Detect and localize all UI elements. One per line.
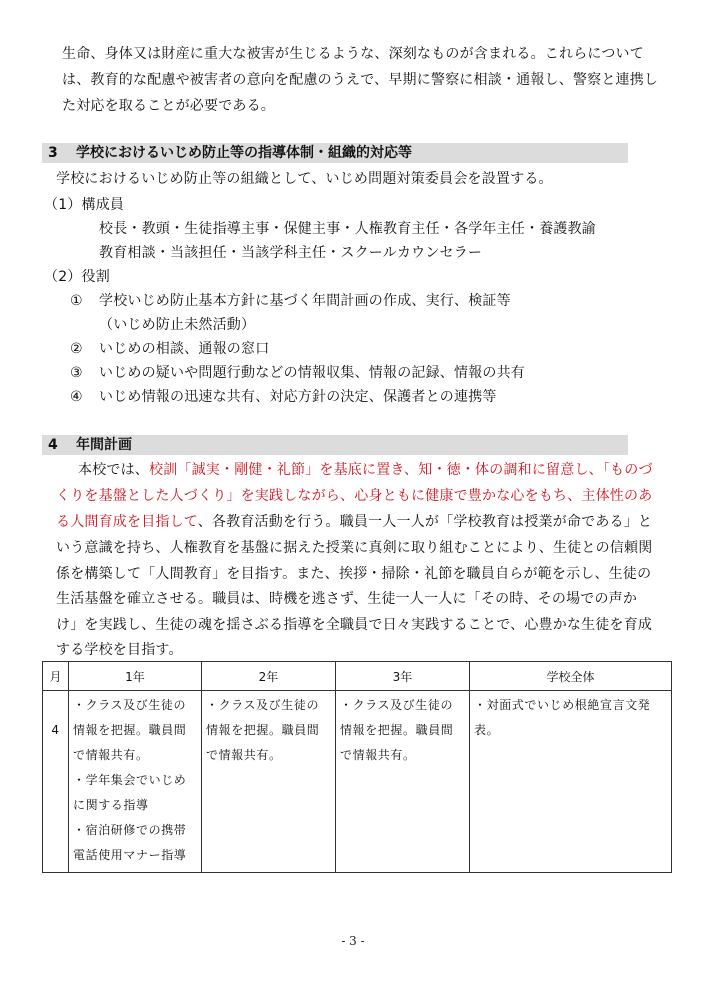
role-subtext-1: （いじめ防止未然活動） [99, 315, 255, 335]
role-text-4: いじめ情報の迅速な共有、対応方針の決定、保護者との連携等 [99, 387, 497, 407]
header-month: 月 [43, 662, 69, 691]
grade-1-item-1: ・クラス及び生徒の情報を把握。職員間で情報共有。 [73, 693, 197, 768]
whole-school-cell: ・対面式でいじめ根絶宣言文発表。 [470, 691, 672, 873]
header-whole-school: 学校全体 [470, 662, 672, 691]
section-4-number: 4 [42, 435, 76, 455]
table-row: 4 ・クラス及び生徒の情報を把握。職員間で情報共有。 ・学年集会でいじめに関する… [43, 691, 672, 873]
annual-plan-table: 月 1年 2年 3年 学校全体 4 ・クラス及び生徒の情報を把握。職員間で情報共… [42, 661, 672, 873]
page-number: - 3 - [0, 934, 706, 948]
grade-1-cell: ・クラス及び生徒の情報を把握。職員間で情報共有。 ・学年集会でいじめに関する指導… [69, 691, 202, 873]
grade-3-cell: ・クラス及び生徒の情報を把握。職員間で情報共有。 [336, 691, 470, 873]
section-3-heading: 3学校におけるいじめ防止等の指導体制・組織的対応等 [42, 143, 412, 163]
roles-heading: （2）役割 [44, 267, 110, 287]
mission-line-7: け」を実践し、生徒の魂を揺さぶる指導を全職員で日々実践することで、心豊かな生徒を… [56, 615, 652, 635]
grade-1-item-2: ・学年集会でいじめに関する指導 [73, 768, 197, 818]
grade-3-item-1: ・クラス及び生徒の情報を把握。職員間で情報共有。 [340, 693, 465, 768]
section-4-title: 年間計画 [76, 437, 132, 453]
role-marker-4: ④ [70, 387, 83, 407]
grade-2-item-1: ・クラス及び生徒の情報を把握。職員間で情報共有。 [206, 693, 331, 768]
header-grade-3: 3年 [336, 662, 470, 691]
members-line-2: 教育相談・当該担任・当該学科主任・スクールカウンセラー [99, 243, 482, 263]
intro-line-3: た対応を取ることが必要である。 [62, 96, 275, 116]
mission-prefix: 本校では、 [78, 462, 149, 478]
intro-line-1: 生命、身体又は財産に重大な被害が生じるような、深刻なものが含まれる。これらについ… [62, 44, 644, 64]
role-marker-2: ② [70, 339, 83, 359]
mission-goal-text: る人間育成を目指して [56, 514, 198, 530]
section-3-number: 3 [42, 143, 76, 163]
whole-school-item-1: ・対面式でいじめ根絶宣言文発表。 [474, 693, 667, 743]
role-marker-1: ① [70, 291, 83, 311]
section-3-lead: 学校におけるいじめ防止等の組織として、いじめ問題対策委員会を設置する。 [56, 169, 553, 189]
grade-2-cell: ・クラス及び生徒の情報を把握。職員間で情報共有。 [202, 691, 336, 873]
intro-line-2: は、教育的な配慮や被害者の意向を配慮のうえで、早期に警察に相談・通報し、警察と連… [62, 70, 658, 90]
members-heading: （1）構成員 [44, 195, 124, 215]
role-text-1: 学校いじめ防止基本方針に基づく年間計画の作成、実行、検証等 [99, 291, 511, 311]
mission-line-3-rest: 、各教育活動を行う。職員一人一人が「学校教育は授業が命である」と [198, 514, 652, 530]
role-marker-3: ③ [70, 363, 83, 383]
header-grade-1: 1年 [69, 662, 202, 691]
mission-line-8: する学校を目指す。 [56, 640, 183, 660]
mission-line-2: くりを基盤とした人づくり」を実践しながら、心身ともに健康で豊かな心をもち、主体性… [56, 486, 652, 506]
motto-text: 校訓「誠実・剛健・礼節」を基底に置き、知・徳・体の調和に留意し、「ものづ [149, 462, 653, 478]
role-text-3: いじめの疑いや問題行動などの情報収集、情報の記録、情報の共有 [99, 363, 525, 383]
role-text-2: いじめの相談、通報の窓口 [99, 339, 269, 359]
section-3-title: 学校におけるいじめ防止等の指導体制・組織的対応等 [76, 145, 412, 161]
document-page: 生命、身体又は財産に重大な被害が生じるような、深刻なものが含まれる。これらについ… [0, 0, 706, 1000]
mission-line-3: る人間育成を目指して、各教育活動を行う。職員一人一人が「学校教育は授業が命である… [56, 512, 652, 532]
mission-line-4: いう意識を持ち、人権教育を基盤に据えた授業に真剣に取り組むことにより、生徒との信… [56, 538, 652, 558]
section-4-heading: 4年間計画 [42, 435, 132, 455]
mission-line-1: 本校では、校訓「誠実・剛健・礼節」を基底に置き、知・徳・体の調和に留意し、「もの… [78, 460, 653, 480]
grade-1-item-3: ・宿泊研修での携帯電話使用マナー指導 [73, 818, 197, 868]
members-line-1: 校長・教頭・生徒指導主事・保健主事・人権教育主任・各学年主任・養護教諭 [99, 219, 596, 239]
mission-line-6: 生活基盤を確立させる。職員は、時機を逃さず、生徒一人一人に「その時、その場での声… [56, 589, 637, 609]
table-header-row: 月 1年 2年 3年 学校全体 [43, 662, 672, 691]
month-cell: 4 [43, 691, 69, 873]
mission-line-5: 係を構築して「人間教育」を目指す。また、挨拶・掃除・礼節を職員自らが範を示し、生… [56, 564, 651, 584]
header-grade-2: 2年 [202, 662, 336, 691]
